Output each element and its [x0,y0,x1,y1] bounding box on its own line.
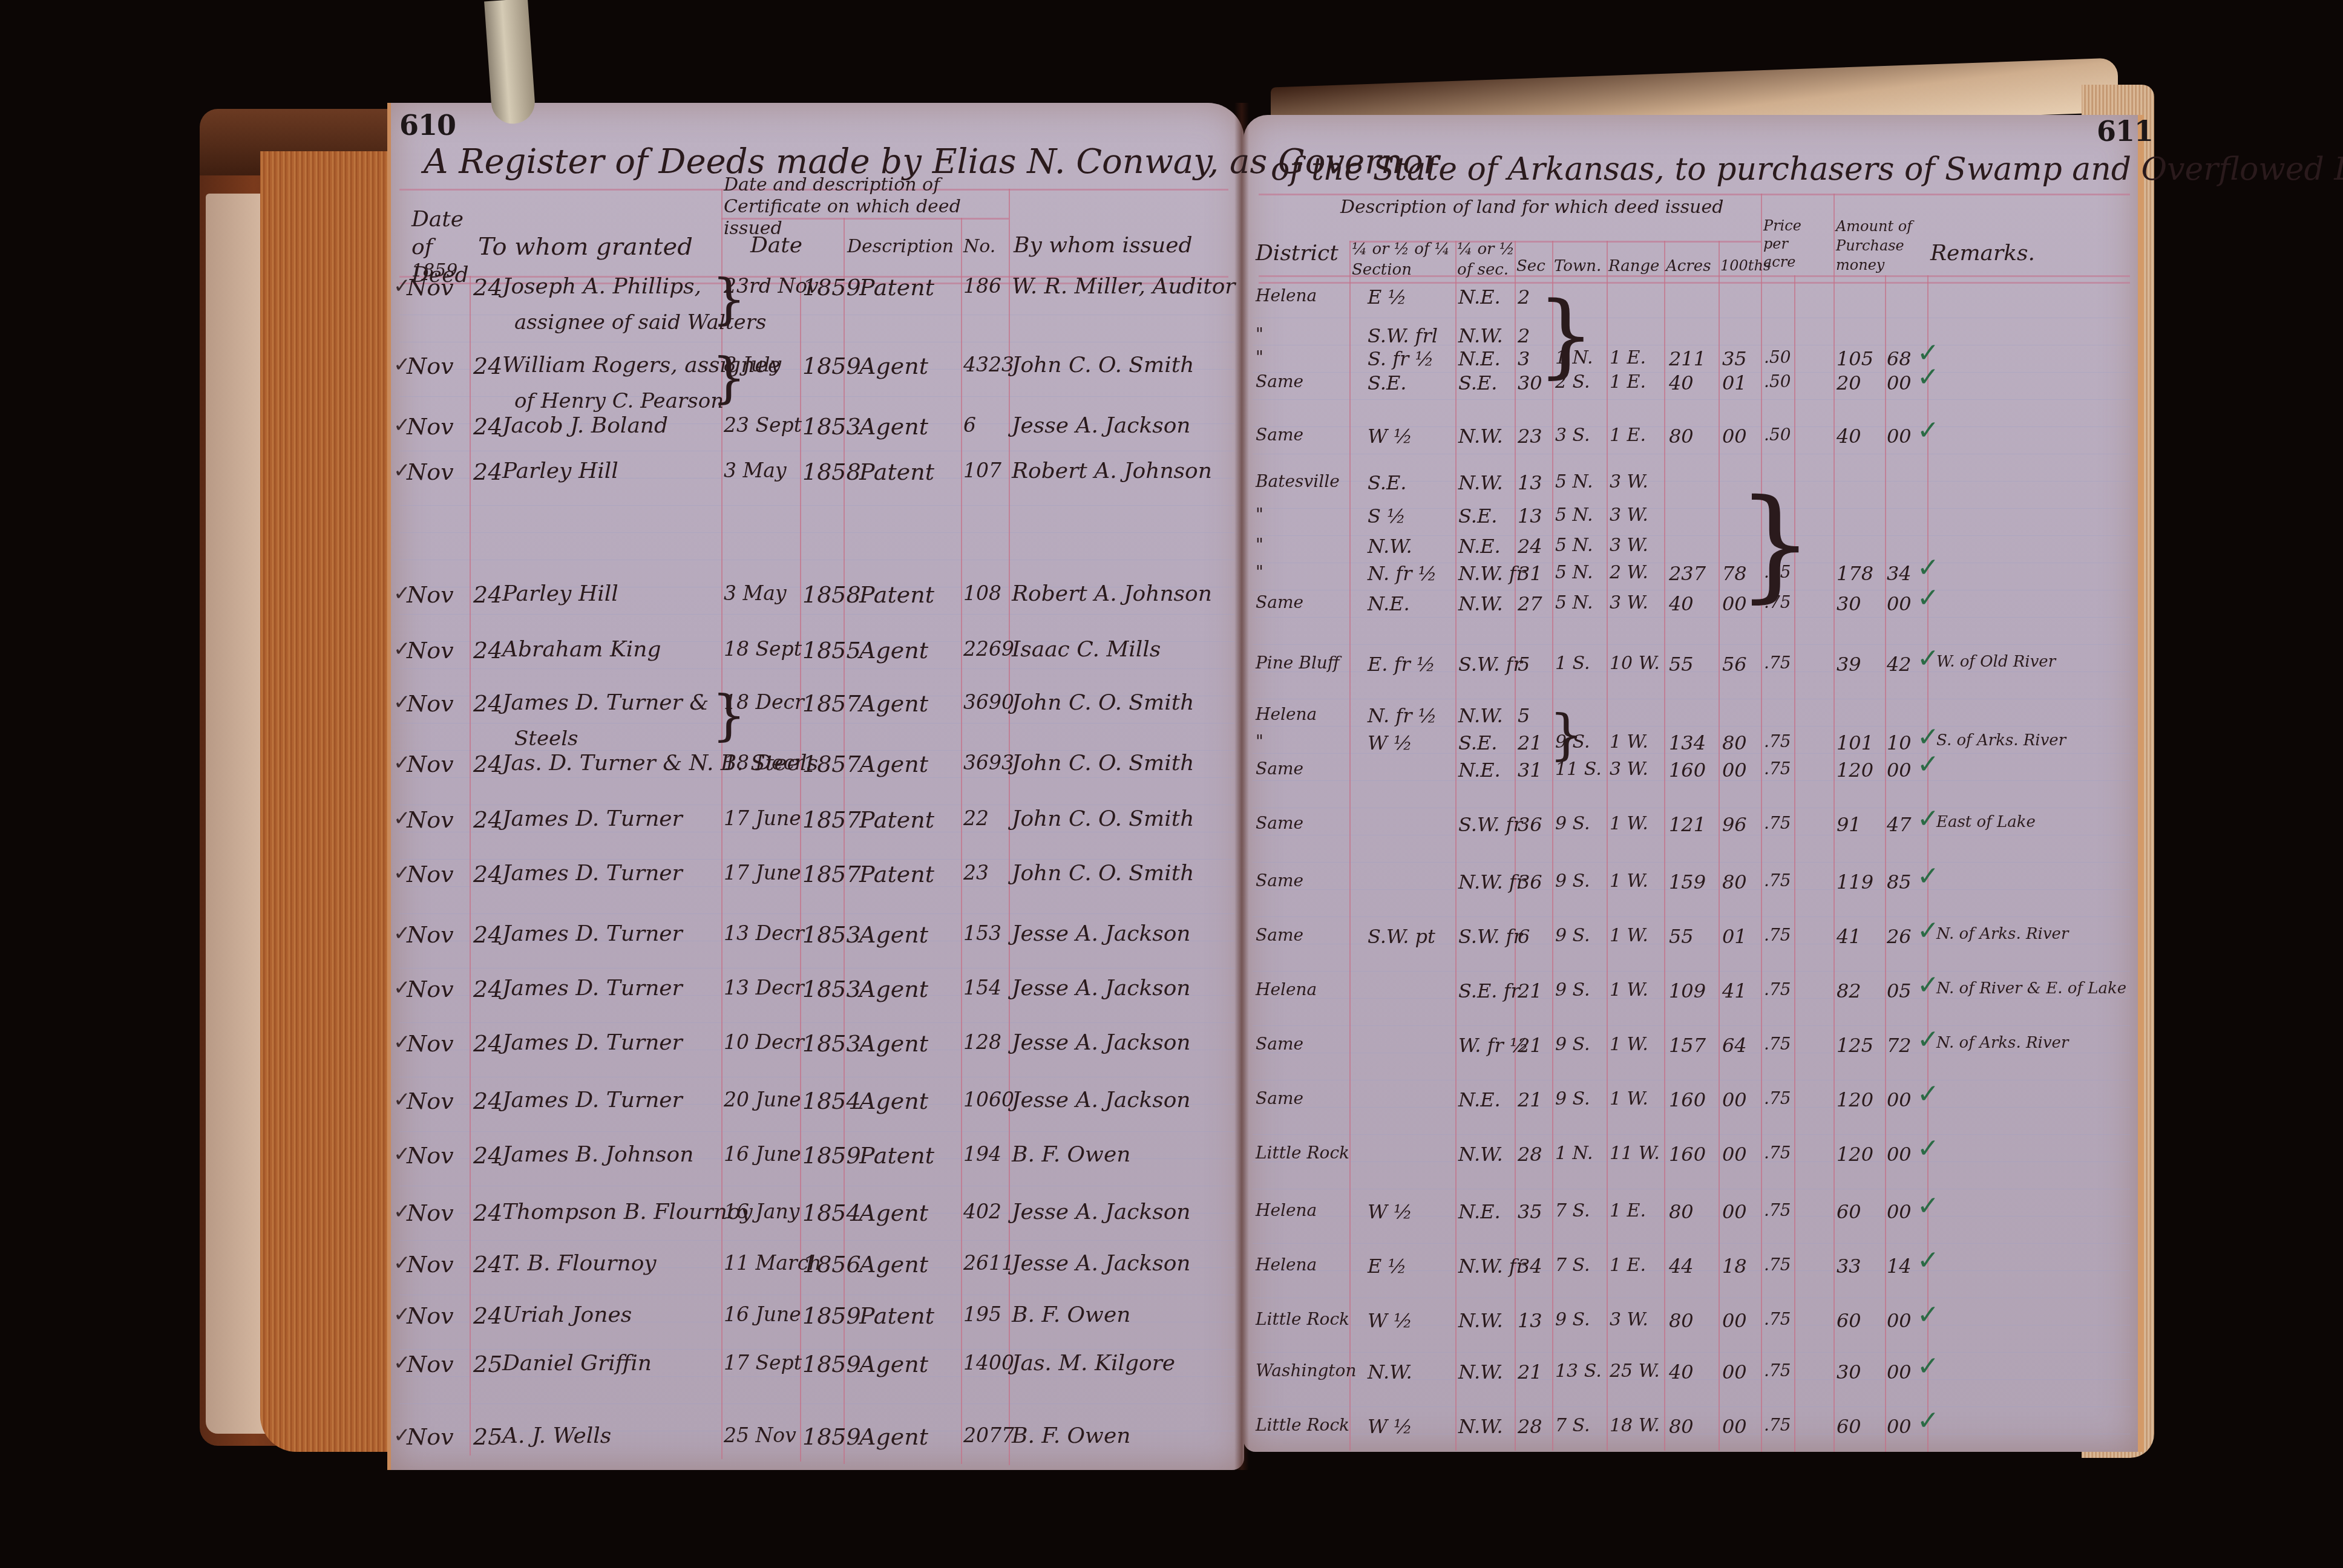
row-issued-by: Robert A. Johnson [1012,581,1212,606]
row-description: Agent [859,637,928,664]
row-sec: 13 [1518,471,1542,494]
row-cert-number: 1400 [963,1351,1014,1374]
row-quarter-of-sec: N.W. [1458,324,1503,347]
row-cert-number: 1060 [963,1088,1014,1111]
row-cert-date: 3 May [724,459,787,482]
ruled-line [1253,1025,2130,1026]
row-remarks: East of Lake [1936,813,2036,831]
row-hundredths: 80 [1722,871,1747,893]
row-issued-by: John C. O. Smith [1012,861,1194,886]
row-quarter-of-sec: N.W. fr [1458,1255,1525,1278]
row-day: 24 [473,1088,502,1114]
row-cert-year: 1858 [802,581,861,608]
ruled-line [1253,1134,2130,1135]
row-cert-number: 107 [963,459,1001,482]
row-quarter-of-sec: N.W. [1458,1143,1503,1166]
row-price: .75 [1764,813,1791,833]
row-day: 24 [473,861,502,887]
row-grantee: James D. Turner [502,861,683,886]
row-description: Patent [859,274,934,301]
row-amount: 60 [1837,1309,1861,1332]
row-district: Same [1256,925,1303,945]
row-sec: 21 [1518,1361,1542,1383]
row-cents: 26 [1887,925,1912,948]
row-quarter-of-sec: S.E. [1458,505,1497,528]
row-price: .75 [1764,759,1791,779]
row-acres: 55 [1669,925,1694,948]
row-district: Same [1256,813,1303,833]
row-town: 7 S. [1555,1200,1590,1221]
row-cents: 72 [1887,1034,1912,1057]
row-cert-year: 1853 [802,413,861,440]
green-check-icon: ✓ [1917,643,1939,674]
row-cert-year: 1857 [802,861,861,887]
row-district: " [1256,505,1263,524]
row-cert-date: 17 Sept [724,1351,802,1374]
row-grantee: Parley Hill [502,581,618,606]
ruled-line [399,1022,1234,1023]
row-quarter-of-sec: S.E. [1458,371,1497,394]
page-number-right: 611 [2097,115,2153,148]
row-amount: 20 [1837,371,1861,394]
header-by-whom-issued: By whom issued [1014,233,1193,258]
row-town: 9 S. [1555,871,1590,892]
row-town: 13 S. [1555,1361,1602,1382]
col-line [1455,241,1457,1451]
row-quarter-of-sec: N.E. [1458,535,1501,558]
row-cert-date: 17 June [724,806,801,830]
row-sec: 24 [1518,535,1542,558]
row-price: .75 [1764,1415,1791,1435]
row-day: 24 [473,751,502,777]
row-hundredths: 80 [1722,731,1747,754]
ruled-line [1253,617,2130,618]
ruled-line [399,805,1234,805]
ruled-line [399,859,1234,860]
row-cert-year: 1854 [802,1200,861,1226]
row-day: 24 [473,1251,502,1278]
row-town: 5 N. [1555,471,1593,492]
row-day: 24 [473,581,502,608]
row-cert-number: 402 [963,1200,1001,1223]
row-hundredths: 01 [1722,925,1747,948]
ruled-line [399,342,1234,342]
row-acres: 109 [1669,979,1706,1002]
row-cert-year: 1859 [802,1302,861,1329]
row-range: 18 W. [1610,1415,1660,1436]
brace-mark: } [712,688,746,743]
row-issued-by: B. F. Owen [1012,1423,1130,1448]
row-month: Nov [407,581,454,608]
row-range: 1 E. [1610,371,1646,393]
row-quarter-of-sec: N.W. [1458,425,1503,448]
row-cert-date: 16 June [724,1302,801,1326]
row-description: Agent [859,413,928,440]
row-amount: 41 [1837,925,1861,948]
row-day: 24 [473,637,502,664]
row-acres: 40 [1669,371,1694,394]
row-day: 24 [473,1200,502,1226]
row-range: 1 W. [1610,731,1648,753]
row-grantee: James D. Turner [502,806,683,831]
green-check-icon: ✓ [1917,970,1939,1001]
row-town: 5 N. [1555,535,1593,556]
row-hundredths: 35 [1722,347,1747,370]
row-description: Patent [859,806,934,833]
header-date: Date [750,233,802,258]
row-hundredths: 00 [1722,1143,1747,1166]
row-month: Nov [407,1351,454,1377]
row-quarter-section: W ½ [1368,1415,1412,1438]
row-grantee: T. B. Flournoy [502,1251,657,1276]
row-cert-number: 22 [963,806,989,830]
row-amount: 82 [1837,979,1861,1002]
ruled-line [1253,699,2130,699]
header-to-whom-granted: To whom granted [478,233,693,261]
ruled-line [1253,454,2130,454]
header-town: Town. [1554,257,1601,275]
header-no: No. [963,236,995,257]
row-cert-number: 108 [963,581,1001,605]
row-amount: 119 [1837,871,1873,893]
row-cert-date: 16 Jany [724,1200,799,1223]
row-acres: 159 [1669,871,1706,893]
row-cert-number: 128 [963,1030,1001,1054]
row-range: 1 W. [1610,1088,1648,1109]
row-month: Nov [407,861,454,887]
row-cert-date: 23 Sept [724,413,802,437]
row-town: 5 N. [1555,505,1593,526]
ruled-line [399,913,1234,914]
row-day: 24 [473,1302,502,1329]
row-cert-number: 2077 [963,1423,1014,1447]
row-month: Nov [407,1088,454,1114]
row-month: Nov [407,976,454,1002]
row-issued-by: Jas. M. Kilgore [1012,1351,1175,1376]
row-range: 1 W. [1610,925,1648,946]
ruled-line [399,1077,1234,1077]
row-quarter-of-sec: S.W. fr [1458,653,1522,676]
row-day: 24 [473,353,502,379]
row-acres: 40 [1669,592,1694,615]
row-month: Nov [407,1030,454,1057]
row-town: 7 S. [1555,1255,1590,1276]
col-line [1664,241,1665,1451]
row-description: Patent [859,861,934,887]
header-description: Description [847,236,954,257]
row-remarks: N. of Arks. River [1936,1034,2068,1052]
row-cents: 00 [1887,759,1912,782]
row-cents: 10 [1887,731,1912,754]
row-issued-by: Jesse A. Jackson [1012,1251,1191,1276]
row-cert-year: 1859 [802,1142,861,1169]
row-grantee: Joseph A. Phillips, [502,274,701,299]
ruled-line [1253,399,2130,400]
row-district: " [1256,562,1263,582]
row-description: Agent [859,1200,928,1226]
row-cert-date: 20 June [724,1088,801,1111]
row-quarter-of-sec: N.W. [1458,1415,1503,1438]
row-amount: 101 [1837,731,1873,754]
row-description: Agent [859,751,928,777]
row-price: .50 [1764,425,1791,445]
row-range: 11 W. [1610,1143,1660,1164]
row-cert-year: 1858 [802,459,861,485]
col-line [1885,275,1886,1452]
row-day: 24 [473,921,502,948]
row-quarter-section: N.W. [1368,1361,1412,1383]
row-quarter-section: S.W. frl [1368,324,1438,347]
row-district: Same [1256,371,1303,391]
row-price: .75 [1764,1255,1791,1275]
row-sec: 34 [1518,1255,1542,1278]
row-district: Washington [1256,1361,1357,1380]
row-cents: 00 [1887,1415,1912,1438]
row-description: Patent [859,581,934,608]
row-cents: 00 [1887,1088,1912,1111]
row-month: Nov [407,353,454,379]
ruled-line [1253,318,2130,318]
row-amount: 125 [1837,1034,1873,1057]
green-check-icon: ✓ [1917,1191,1939,1221]
row-hundredths: 64 [1722,1034,1747,1057]
row-cents: 00 [1887,1200,1912,1223]
ruled-line [399,532,1234,533]
row-sec: 21 [1518,979,1542,1002]
row-price: .75 [1764,1309,1791,1329]
header-certificate-group: Date and description of Certificate on w… [724,174,1008,240]
row-town: 9 S. [1555,925,1590,946]
green-check-icon: ✓ [1917,861,1939,892]
row-quarter-of-sec: N.W. [1458,1309,1503,1332]
row-range: 3 W. [1610,505,1648,526]
row-district: Batesville [1256,471,1340,491]
row-price: .75 [1764,731,1791,751]
row-cert-number: 23 [963,861,989,884]
green-check-icon: ✓ [1917,1133,1939,1164]
ruled-line [399,1295,1234,1295]
col-line [1349,241,1351,1451]
ruled-line [399,1131,1234,1132]
row-cert-date: 3 May [724,581,787,605]
row-price: .75 [1764,925,1791,945]
ruled-line [1253,1352,2130,1353]
ruled-line [1253,971,2130,972]
row-day: 25 [473,1423,502,1450]
row-amount: 105 [1837,347,1873,370]
row-price: .75 [1764,1034,1791,1054]
col-line [961,218,962,1464]
row-acres: 80 [1669,1200,1694,1223]
ruled-line [1253,1406,2130,1407]
row-cert-number: 195 [963,1302,1001,1326]
row-quarter-of-sec: N.E. [1458,759,1501,782]
row-town: 1 S. [1555,653,1590,674]
row-issued-by: Isaac C. Mills [1012,637,1161,662]
row-amount: 30 [1837,1361,1861,1383]
row-range: 3 W. [1610,759,1648,780]
row-sec: 21 [1518,1088,1542,1111]
row-month: Nov [407,274,454,301]
green-check-icon: ✓ [1917,583,1939,613]
row-day: 24 [473,413,502,440]
row-description: Agent [859,1351,928,1377]
row-district: Helena [1256,1255,1317,1275]
row-acres: 160 [1669,759,1706,782]
row-issued-by: W. R. Miller, Auditor [1012,274,1236,299]
row-price: .75 [1764,1143,1791,1163]
row-price: .75 [1764,1200,1791,1220]
row-cert-date: 25 Nov [724,1423,796,1447]
green-check-icon: ✓ [1917,415,1939,446]
row-amount: 60 [1837,1415,1861,1438]
row-cents: 00 [1887,371,1912,394]
row-quarter-of-sec: N.W. [1458,1361,1503,1383]
row-quarter-of-sec: N.W. fr [1458,562,1525,585]
ruled-line [399,1349,1234,1350]
row-sec: 35 [1518,1200,1542,1223]
row-quarter-section: W ½ [1368,1309,1412,1332]
row-hundredths: 00 [1722,759,1747,782]
row-grantee: James D. Turner [502,1030,683,1055]
row-price: .50 [1764,347,1791,367]
ruled-line [1253,1243,2130,1244]
header-district: District [1256,241,1339,266]
row-quarter-of-sec: N.E. [1458,1200,1501,1223]
row-issued-by: Jesse A. Jackson [1012,976,1191,1001]
row-sec: 3 [1518,347,1530,370]
green-check-icon: ✓ [1917,552,1939,583]
row-issued-by: Jesse A. Jackson [1012,921,1191,946]
ruled-line [1253,808,2130,808]
row-cert-year: 1853 [802,1030,861,1057]
row-month: Nov [407,1423,454,1450]
row-range: 1 W. [1610,871,1648,892]
row-town: 9 S. [1555,1088,1590,1109]
row-district: Same [1256,1088,1303,1108]
row-amount: 120 [1837,1143,1873,1166]
green-check-icon: ✓ [1917,1024,1939,1055]
row-issued-by: Jesse A. Jackson [1012,413,1191,438]
brace-mark: } [1537,290,1594,381]
header-quarter-of-sec: ¼ or ½ of sec. [1457,239,1515,280]
row-cents: 68 [1887,347,1912,370]
col-line [1833,194,1835,1452]
row-hundredths: 00 [1722,1200,1747,1223]
row-grantee: Thompson B. Flournoy [502,1200,753,1224]
ruled-line [399,668,1234,669]
row-amount: 60 [1837,1200,1861,1223]
row-quarter-of-sec: S.W. fr [1458,813,1522,836]
row-quarter-section: N.W. [1368,535,1412,558]
col-line [1719,241,1720,1451]
row-cert-date: 17 June [724,861,801,884]
row-cents: 00 [1887,425,1912,448]
row-district: Helena [1256,286,1317,305]
row-district: Pine Bluff [1256,653,1340,673]
green-check-icon: ✓ [1917,1245,1939,1276]
row-day: 24 [473,976,502,1002]
header-quarter-section: ¼ or ½ of ¼ Section [1352,239,1455,280]
row-town: 5 N. [1555,592,1593,613]
row-hundredths: 00 [1722,425,1747,448]
row-sec: 2 [1518,324,1530,347]
row-grantee-continued: Steels [514,727,578,751]
row-acres: 121 [1669,813,1706,836]
col-line [1794,275,1795,1452]
row-sec: 13 [1518,505,1542,528]
row-town: 5 N. [1555,562,1593,583]
row-remarks: W. of Old River [1936,653,2056,671]
row-month: Nov [407,921,454,948]
row-description: Agent [859,1030,928,1057]
row-cents: 14 [1887,1255,1912,1278]
row-sec: 28 [1518,1415,1542,1438]
row-day: 24 [473,1142,502,1169]
title-rule-right [1259,194,2130,195]
ruled-line [399,777,1234,778]
row-cert-year: 1853 [802,921,861,948]
row-quarter-section: W ½ [1368,1200,1412,1223]
row-remarks: S. of Arks. River [1936,731,2066,750]
row-sec: 13 [1518,1309,1542,1332]
row-day: 24 [473,274,502,301]
flyleaf [206,194,266,1434]
row-description: Patent [859,1142,934,1169]
row-cert-year: 1857 [802,690,861,717]
row-range: 1 E. [1610,1255,1646,1276]
row-day: 24 [473,1030,502,1057]
row-cents: 34 [1887,562,1912,585]
row-sec: 28 [1518,1143,1542,1166]
row-quarter-section: S ½ [1368,505,1406,528]
row-price: .75 [1764,1088,1791,1108]
row-description: Agent [859,1088,928,1114]
green-check-icon: ✓ [1917,803,1939,834]
row-cents: 00 [1887,1361,1912,1383]
green-check-icon: ✓ [1917,362,1939,393]
row-cents: 00 [1887,592,1912,615]
row-district: " [1256,324,1263,344]
row-cert-date: 10 Decr [724,1030,804,1054]
row-description: Agent [859,921,928,948]
row-description: Agent [859,353,928,379]
row-grantee-continued: of Henry C. Pearson [514,389,724,413]
row-district: " [1256,535,1263,555]
ruled-line [1253,1298,2130,1298]
row-cert-number: 154 [963,976,1001,999]
ruled-line [1253,916,2130,917]
col-line [1607,241,1608,1451]
row-cert-number: 3690 [963,690,1014,714]
row-hundredths: 96 [1722,813,1747,836]
ruled-line [1253,1080,2130,1080]
row-month: Nov [407,1302,454,1329]
ruled-line [399,1240,1234,1241]
row-range: 1 E. [1610,1200,1646,1221]
page-number-left: 610 [399,109,456,142]
brace-mark: } [712,272,746,327]
ruled-line [399,1186,1234,1186]
right-page [1244,115,2144,1452]
row-remarks: N. of River & E. of Lake [1936,979,2126,998]
green-check-icon: ✓ [1917,1405,1939,1436]
row-cents: 00 [1887,1309,1912,1332]
row-hundredths: 00 [1722,1415,1747,1438]
row-acres: 80 [1669,1415,1694,1438]
row-town: 9 S. [1555,813,1590,834]
row-cert-date: 18 Decr [724,751,804,774]
